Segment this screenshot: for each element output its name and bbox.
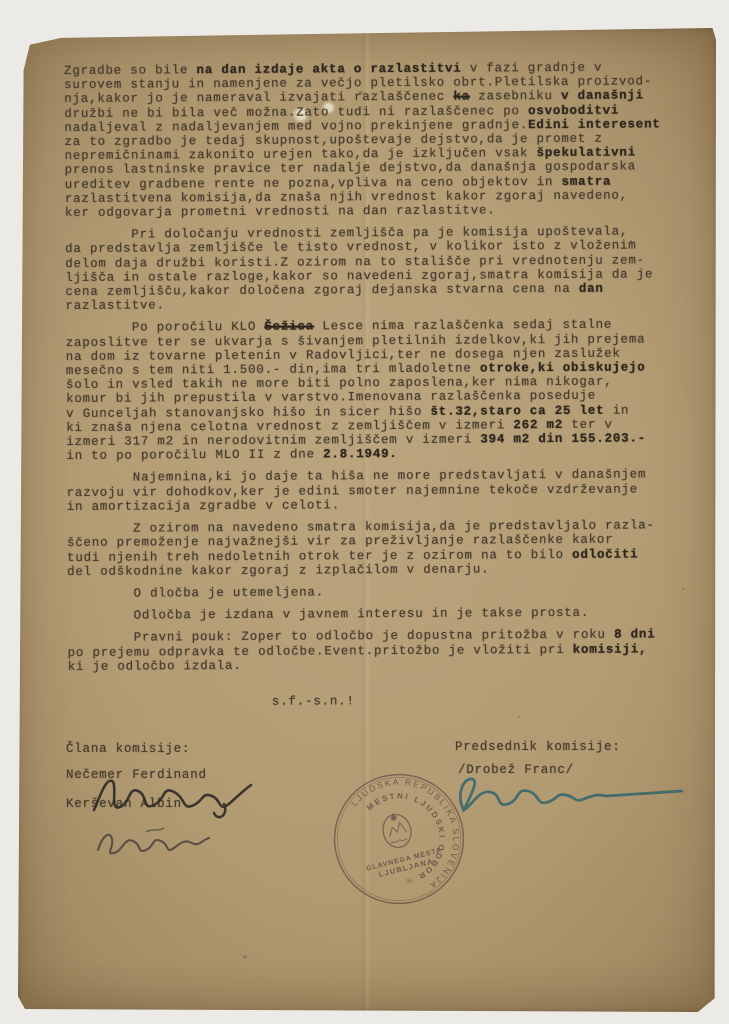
signature-president — [448, 766, 690, 818]
president-heading: Predsednik komisije: — [455, 740, 621, 754]
paragraph: Pravni pouk: Zoper to odločbo je dopustn… — [67, 628, 687, 674]
paper-sheet: Zgradbe so bile na dan izdaje akta o raz… — [18, 28, 716, 1012]
text-line: O dločba je utemeljena. — [67, 583, 687, 601]
salute-line: s.f.-s.n.! — [272, 692, 688, 709]
members-heading: Člana komisije: — [66, 742, 190, 756]
signature-member-1 — [88, 770, 258, 822]
paragraph: Z ozirom na navedeno smatra komisija,da … — [67, 518, 687, 579]
text-line: in to po poročilu MLO II z dne 2.8.1949. — [66, 445, 686, 463]
typed-text-block: Zgradbe so bile na dan izdaje akta o raz… — [64, 60, 688, 710]
paragraph: Odločba je izdana v javnem interesu in j… — [67, 605, 687, 623]
text-line: ki je odločbo izdala. — [68, 656, 688, 674]
text-line: Odločba je izdana v javnem interesu in j… — [67, 605, 687, 623]
paragraph: Po poročilu KLO Šežica Lesce nima razlaš… — [66, 318, 687, 464]
document-body: Zgradbe so bile na dan izdaje akta o raz… — [64, 60, 688, 674]
stamp-small-number: 25 — [406, 878, 413, 885]
text-line: ker odgovarja prometni vrednosti na dan … — [65, 202, 685, 220]
paragraph: O dločba je utemeljena. — [67, 583, 687, 601]
stamp-emblem — [379, 811, 414, 851]
paper-specks — [18, 28, 20, 30]
text-line: del odškodnine kakor zgoraj z izplačilom… — [67, 561, 687, 579]
scanned-document-page: Zgradbe so bile na dan izdaje akta o raz… — [0, 0, 729, 1024]
signature-member-2 — [90, 816, 220, 866]
text-line: in amortizacija zgradbe v celoti. — [67, 496, 687, 514]
paragraph: Zgradbe so bile na dan izdaje akta o raz… — [64, 60, 685, 220]
paragraph: Pri določanju vrednosti zemljišča pa je … — [65, 224, 686, 313]
text-line: razlastitve. — [65, 295, 685, 313]
paragraph: Najemnina,ki jo daje ta hiša ne more pre… — [66, 468, 686, 514]
